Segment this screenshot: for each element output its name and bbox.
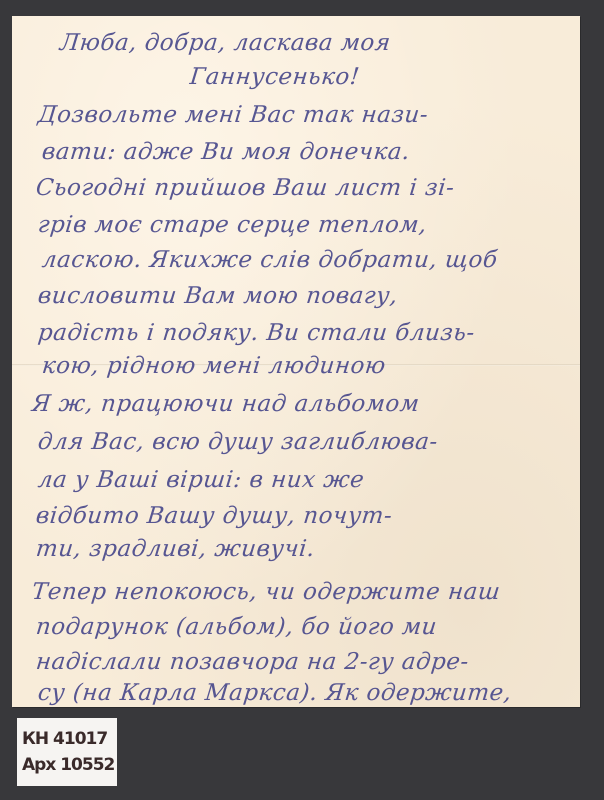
letter-page: Люба, добра, ласкава моя Ганнусенько! До… xyxy=(12,16,580,707)
letter-line-4: вати: адже Ви моя донечка. xyxy=(41,139,412,165)
archive-label-kn: КН 41017 xyxy=(22,726,117,752)
letter-line-8: висловити Вам мою повагу, xyxy=(37,283,399,309)
letter-line-9: радість і подяку. Ви стали близь- xyxy=(37,320,476,346)
letter-line-1: Люба, добра, ласкава моя xyxy=(59,30,392,56)
letter-line-12: для Вас, всю душу заглиблюва- xyxy=(37,429,439,455)
letter-line-3: Дозвольте мені Вас так нази- xyxy=(37,102,430,128)
archive-label-arch: Арх 10552 xyxy=(22,752,117,778)
letter-line-18: надіслали позавчора на 2-гу адре- xyxy=(35,649,470,675)
letter-line-13: ла у Ваші вірші: в них же xyxy=(37,467,366,493)
letter-line-11: Я ж, працюючи над альбомом xyxy=(31,391,421,417)
letter-line-6: грів моє старе серце теплом, xyxy=(37,212,429,238)
letter-line-16: Тепер непокоюсь, чи одержите наш xyxy=(31,579,502,605)
letter-line-14: відбито Вашу душу, почут- xyxy=(35,503,394,529)
letter-line-17: подарунок (альбом), бо його ми xyxy=(35,614,439,640)
letter-line-7: ласкою. Якихже слів добрати, щоб xyxy=(41,247,499,273)
archive-label: КН 41017 Арх 10552 xyxy=(17,718,117,786)
letter-line-2: Ганнусенько! xyxy=(189,64,361,90)
letter-line-15: ти, зрадливі, живучі. xyxy=(35,536,317,562)
letter-line-10: кою, рідною мені людиною xyxy=(41,353,387,379)
letter-line-19: су (на Карла Маркса). Як одержите, xyxy=(37,680,513,706)
letter-line-5: Сьогодні прийшов Ваш лист і зі- xyxy=(35,175,456,201)
